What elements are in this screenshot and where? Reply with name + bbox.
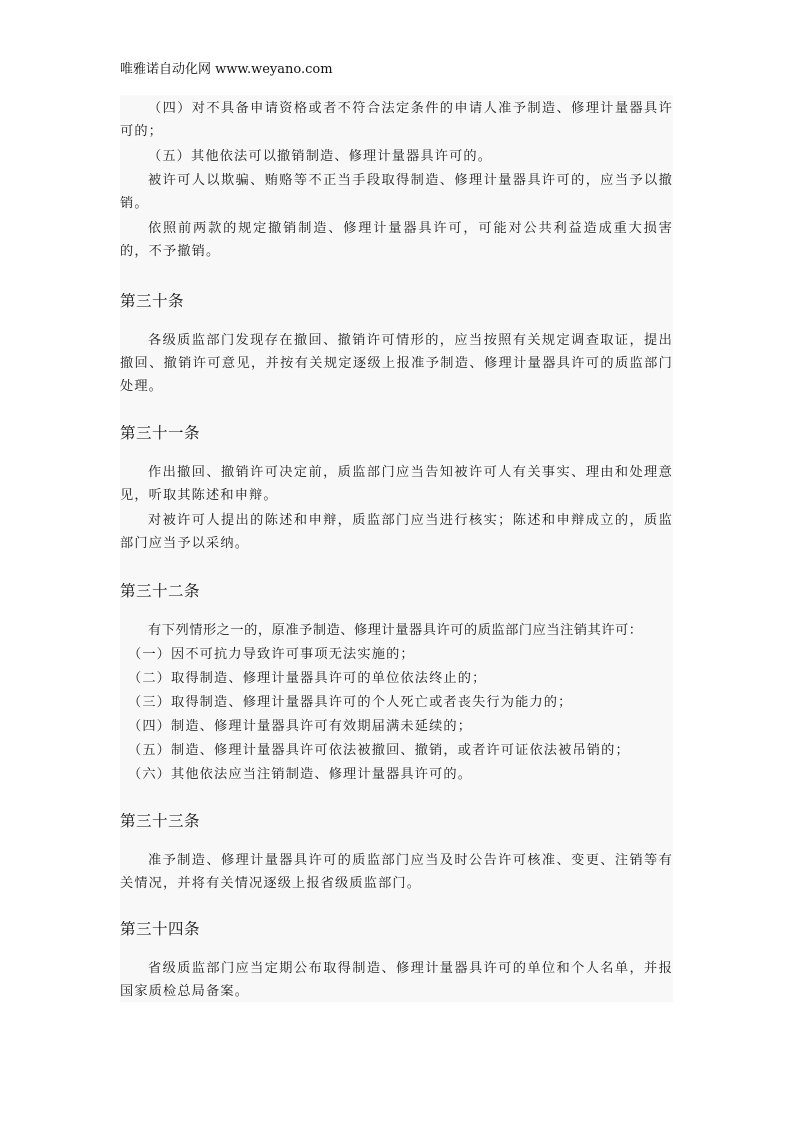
paragraph: 对被许可人提出的陈述和申辩，质监部门应当进行核实；陈述和申辩成立的，质监部门应当… bbox=[120, 509, 673, 555]
paragraph: 各级质监部门发现存在撤回、撤销许可情形的，应当按照有关规定调查取证，提出撤回、撤… bbox=[120, 329, 673, 398]
list-item: （六）其他依法应当注销制造、修理计量器具许可的。 bbox=[128, 763, 472, 786]
article-heading-31: 第三十一条 bbox=[120, 421, 200, 443]
list-item: （五）制造、修理计量器具许可依法被撤回、撤销，或者许可证依法被吊销的； bbox=[128, 739, 630, 762]
article-heading-32: 第三十二条 bbox=[120, 579, 200, 601]
paragraph: 依照前两款的规定撤销制造、修理计量器具许可，可能对公共利益造成重大损害的，不予撤… bbox=[120, 217, 673, 263]
list-item: （四）制造、修理计量器具许可有效期届满未延续的； bbox=[128, 715, 472, 738]
clause-item-4: （四）对不具备申请资格或者不符合法定条件的申请人准予制造、修理计量器具许可的； bbox=[120, 97, 673, 143]
article-heading-34: 第三十四条 bbox=[120, 917, 200, 939]
list-item: （三）取得制造、修理计量器具许可的个人死亡或者丧失行为能力的； bbox=[128, 691, 572, 714]
site-header: 唯雅诺自动化网 www.weyano.com bbox=[120, 58, 333, 77]
document-body: （四）对不具备申请资格或者不符合法定条件的申请人准予制造、修理计量器具许可的； … bbox=[120, 95, 673, 1002]
paragraph: 有下列情形之一的，原准予制造、修理计量器具许可的质监部门应当注销其许可： bbox=[148, 619, 643, 642]
clause-item-5: （五）其他依法可以撤销制造、修理计量器具许可的。 bbox=[120, 145, 673, 168]
article-heading-33: 第三十三条 bbox=[120, 809, 200, 831]
list-item: （二）取得制造、修理计量器具许可的单位依法终止的； bbox=[128, 667, 486, 690]
paragraph: 准予制造、修理计量器具许可的质监部门应当及时公告许可核准、变更、注销等有关情况，… bbox=[120, 849, 673, 895]
paragraph: 被许可人以欺骗、贿赂等不正当手段取得制造、修理计量器具许可的，应当予以撤销。 bbox=[120, 169, 673, 215]
paragraph: 作出撤回、撤销许可决定前，质监部门应当告知被许可人有关事实、理由和处理意见，听取… bbox=[120, 461, 673, 507]
paragraph: 省级质监部门应当定期公布取得制造、修理计量器具许可的单位和个人名单，并报国家质检… bbox=[120, 957, 673, 1003]
list-item: （一）因不可抗力导致许可事项无法实施的； bbox=[128, 643, 415, 666]
article-heading-30: 第三十条 bbox=[120, 289, 184, 311]
